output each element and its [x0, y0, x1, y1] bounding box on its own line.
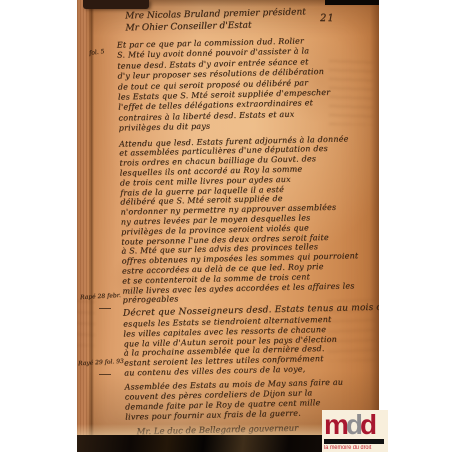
margin-dash-mark — [99, 308, 111, 309]
margin-note-report: Rapé 28 febr. — [80, 292, 121, 301]
gutter-shadow-line — [89, 0, 94, 452]
margin-note-folio: fol. 5 — [89, 48, 105, 57]
photo-background: 21 fol. 5 Rapé 28 febr. Rayé 29 fol. 93 … — [0, 0, 452, 452]
paragraph-4-assemblee: Assemblée des Estats au mois de May sans… — [124, 377, 353, 422]
paragraph-1: Et par ce que par la commission dud. Rol… — [117, 35, 347, 134]
mdd-wordmark: m d d — [324, 411, 388, 438]
book-cover-sliver — [325, 0, 379, 5]
paragraph-2: Attendu que lesd. Estats furent adjourné… — [119, 134, 351, 306]
paragraph-3-decret: Décret que Nosseigneurs desd. Estats ten… — [123, 305, 352, 379]
logo-tagline: la mémoire du droit — [324, 445, 383, 451]
page-right-edge — [370, 0, 379, 452]
book-binding-edge — [83, 0, 149, 9]
logo-letter-m: m — [324, 412, 346, 438]
manuscript-page-photo: 21 fol. 5 Rapé 28 febr. Rayé 29 fol. 93 … — [77, 0, 379, 452]
mdd-logo: m d d la mémoire du droit — [322, 410, 388, 452]
logo-letter-d-red: d — [360, 412, 374, 438]
manuscript-text: Mre Nicolas Bruland premier président Mr… — [116, 5, 354, 451]
margin-note-raye: Rayé 29 fol. 93 — [78, 358, 124, 367]
logo-letter-d-gray: d — [346, 412, 360, 438]
margin-dash-mark — [99, 374, 111, 375]
